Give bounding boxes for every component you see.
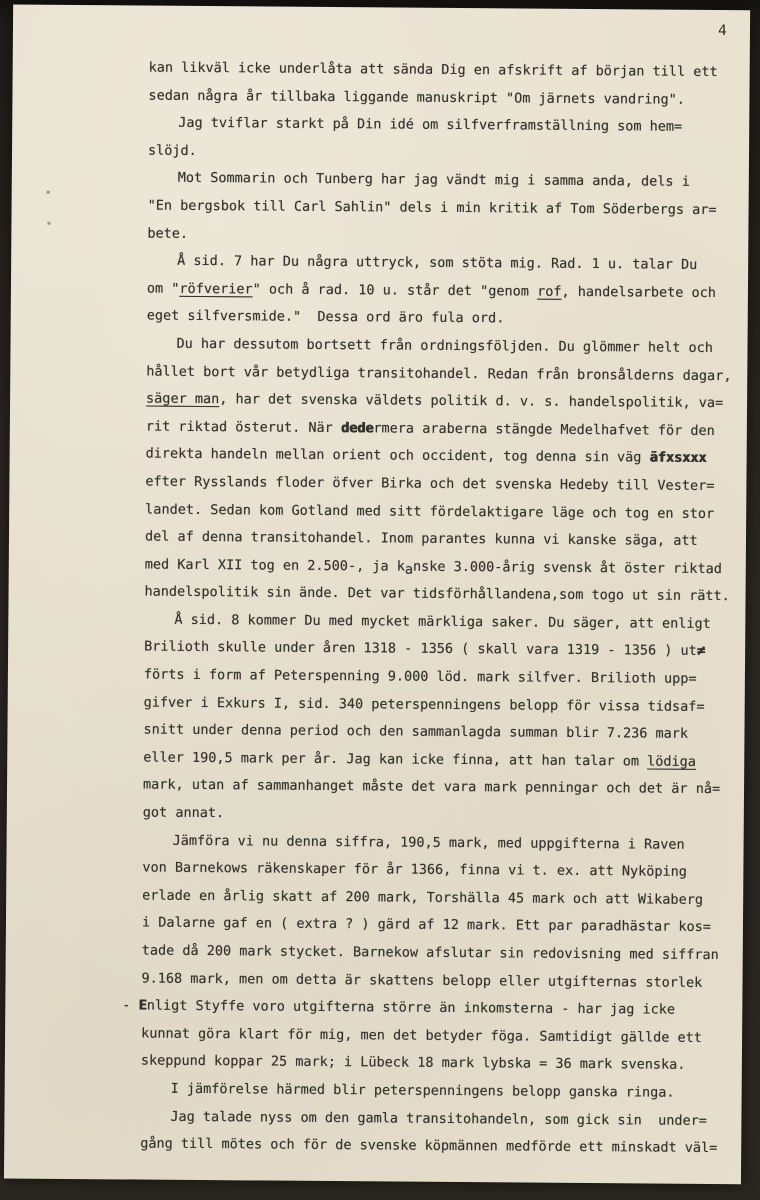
typed-text: dede — [341, 420, 374, 436]
typed-text: Jag talade nyss om den gamla transitohan… — [170, 1108, 707, 1128]
typed-text: Å sid. 8 kommer Du med mycket märkliga s… — [174, 612, 711, 632]
typed-line: von Barnekows räkenskaper för år 1366, f… — [142, 855, 742, 887]
typed-text: gifver i Exkurs I, sid. 340 peterspennin… — [144, 694, 705, 714]
paper-speck — [47, 222, 50, 225]
underlined-text: lödiga — [647, 753, 696, 769]
typed-text: , handelsarbete och — [561, 284, 716, 301]
text-body: kan likväl icke underlåta att sända Dig … — [140, 55, 749, 1163]
typed-text: tade då 200 mark stycket. Barnekow afslu… — [142, 943, 719, 964]
typed-text: I jämförelse härmed blir peterspenningen… — [171, 1081, 675, 1101]
typed-line: Du har dessutom bortsett från ordningsfö… — [146, 330, 746, 362]
typed-text: gång till mötes och för de svenske köpmä… — [140, 1136, 717, 1157]
typed-line: förts i form af Peterspenning 9.000 löd.… — [144, 662, 744, 694]
typed-text: direkta handeln mellan orient och occide… — [146, 446, 650, 466]
typed-text: a — [405, 556, 413, 584]
typed-text: eget silfversmide." Dessa ord äro fula o… — [147, 308, 505, 327]
typed-text: efter Rysslands floder öfver Birka och d… — [145, 473, 714, 493]
page-number: 4 — [718, 23, 727, 39]
typed-text: - — [122, 998, 138, 1014]
typed-line: Å sid. 7 har Du några uttryck, som stöta… — [147, 248, 747, 280]
typed-text: rmera araberna stängde Medelhafvet för d… — [373, 420, 714, 439]
typed-line: säger man, har det svenska väldets polit… — [146, 386, 746, 418]
paper-sheet: 4 kan likväl icke underlåta att sända Di… — [4, 5, 750, 1185]
typed-text: slöjd. — [148, 142, 197, 158]
typed-line: kan likväl icke underlåta att sända Dig … — [149, 55, 749, 87]
typed-line: gång till mötes och för de svenske köpmä… — [140, 1131, 740, 1163]
typed-line: "En bergsbok till Carl Sahlin" dels i mi… — [147, 193, 747, 225]
typed-text: Du har dessutom bortsett från ordningsfö… — [176, 336, 713, 356]
typed-text: sedan några år tillbaka liggande manuskr… — [148, 87, 685, 107]
underlined-text: rof — [537, 283, 562, 299]
typed-line: tade då 200 mark stycket. Barnekow afslu… — [142, 938, 742, 970]
typed-text: nligt Styffe voro utgifterna större än i… — [147, 998, 675, 1018]
typed-text: Jag tviflar starkt på Din idé om silfver… — [178, 115, 682, 135]
typed-text: ≠ — [697, 643, 705, 659]
typed-line: del af denna transitohandel. Inom parant… — [145, 524, 745, 556]
typed-text: kunnat göra klart för mig, men det betyd… — [141, 1025, 702, 1045]
typed-text: handelspolitik sin ände. Det var tidsför… — [145, 584, 730, 605]
typed-text: Mot Sommarin och Tunberg har jag vändt m… — [178, 170, 690, 190]
scan-background: { "page": { "number": "4" }, "colors": {… — [0, 0, 760, 1200]
typed-text: skeppund koppar 25 mark; i Lübeck 18 mar… — [141, 1053, 686, 1073]
typed-text: Brilioth skulle under åren 1318 - 1356 (… — [144, 639, 697, 659]
typed-line: Jag tviflar starkt på Din idé om silfver… — [148, 110, 748, 142]
typed-line: mark, utan af sammanhanget måste det var… — [143, 772, 743, 804]
typed-text: i Dalarne gaf en ( extra ? ) gärd af 12 … — [142, 915, 711, 935]
typed-text: got annat. — [143, 805, 224, 822]
typed-text: del af denna transitohandel. Inom parant… — [145, 529, 698, 549]
typed-text: landet. Sedan kom Gotland med sitt förde… — [145, 501, 714, 521]
typed-text: äfxsxxx — [649, 450, 706, 466]
typed-text: med Karl XII tog en 2.500-, ja k — [145, 556, 405, 574]
typed-text: snitt under denna period och den sammanl… — [143, 722, 688, 742]
typed-text: mark, utan af sammanhanget måste det var… — [143, 777, 720, 798]
underlined-text: röfverier — [179, 281, 252, 298]
typed-text: eller 190,5 mark per år. Jag kan icke fi… — [143, 749, 647, 769]
paper-speck — [47, 191, 50, 194]
underlined-text: säger man — [146, 391, 219, 408]
typed-line: efter Rysslands floder öfver Birka och d… — [145, 468, 745, 500]
typed-text: 9.168 mark, men om detta är skattens bel… — [141, 970, 702, 990]
typed-text: Å sid. 7 har Du några uttryck, som stöta… — [177, 253, 697, 273]
typed-text: " och å rad. 10 u. står det "genom — [253, 281, 538, 299]
typed-text: Jämföra vi nu denna siffra, 190,5 mark, … — [173, 832, 685, 852]
typed-text: nske 3.000-årig svensk åt öster riktad — [413, 558, 722, 576]
typed-text: von Barnekows räkenskaper för år 1366, f… — [142, 860, 687, 880]
typed-text: hållet bort vår betydliga transitohandel… — [146, 363, 731, 384]
typed-text: förts i form af Peterspenning 9.000 löd.… — [144, 667, 697, 687]
typed-text: erlade en årlig skatt af 200 mark, Torsh… — [142, 887, 703, 907]
typed-text: , har det svenska väldets politik d. v. … — [219, 391, 723, 411]
typed-text: "En bergsbok till Carl Sahlin" dels i mi… — [148, 198, 717, 218]
typed-text: om " — [147, 280, 180, 296]
typed-text: kan likväl icke underlåta att sända Dig … — [149, 60, 718, 80]
typed-text: rit riktad österut. När — [146, 418, 341, 436]
typed-text: bete. — [147, 225, 188, 241]
typed-line: I jämförelse härmed blir peterspenningen… — [141, 1076, 741, 1108]
